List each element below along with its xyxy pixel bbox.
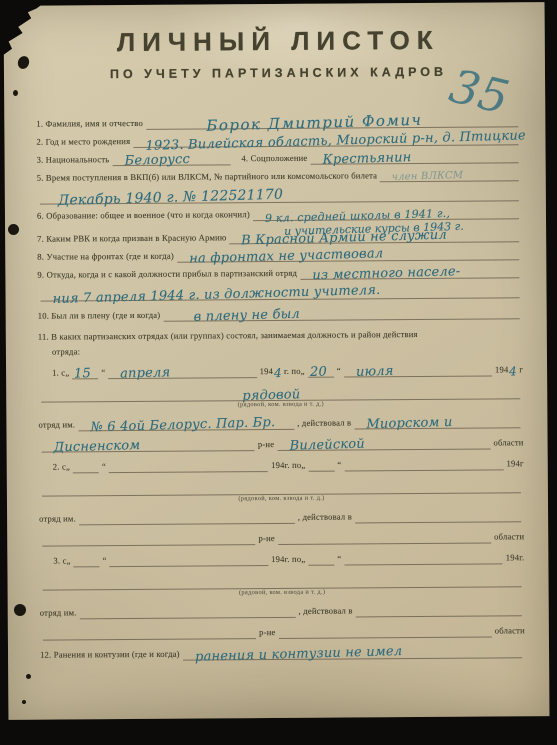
field-12-label: 12. Ранения и контузии (где и когда) <box>40 648 180 662</box>
acted-label: , действовал в <box>297 416 351 429</box>
field-10-line: в плену не был <box>163 308 519 321</box>
field-row-9b: ния 7 апреля 1944 г. из должности учител… <box>37 285 522 301</box>
field-7-handwritten-value: В Красной Армии не служил <box>241 230 447 247</box>
field-3-label: 3. Национальность <box>37 153 110 167</box>
service-2-acted-line <box>355 521 521 523</box>
service-1-month2-line: июля <box>344 365 492 377</box>
service-1-month-line: апреля <box>108 367 256 379</box>
year-print: 194 <box>271 553 285 566</box>
service-3-day-line <box>74 566 100 567</box>
field-row-11b: отряда: <box>38 342 523 358</box>
g-label: г <box>519 363 523 376</box>
year-print: 194 <box>260 365 274 378</box>
service-3-day2-line <box>308 565 334 566</box>
quote-open: „ <box>65 366 69 379</box>
service-1-day2-line: 20 <box>308 367 334 378</box>
field-row-5b: Декабрь 1940 г. № 122521170 <box>37 188 522 204</box>
rne-label: р-не <box>259 626 275 639</box>
service-1-day2: 20 <box>310 366 327 377</box>
scanned-document-page: { "colors": { "background": "#0c0b09", "… <box>0 0 557 745</box>
service-2-oblast-line <box>278 543 491 545</box>
year-print: 194 <box>271 459 285 472</box>
field-2-label: 2. Год и место рождения <box>36 135 130 149</box>
g-po-label: г. по <box>285 459 302 472</box>
field-10-label: 10. Был ли в плену (где и когда) <box>38 309 161 323</box>
service-1-unit-line: № 6 4ой Белорус. Пар. Бр. <box>78 419 294 432</box>
field-7-line: В Красной Армии не служил <box>229 231 519 244</box>
field-1-line: Борок Дмитрий Фомич <box>146 116 518 130</box>
field-1-handwritten-value: Борок Дмитрий Фомич <box>206 115 422 132</box>
oblast-label: области <box>493 436 523 449</box>
quote-close: “ <box>101 366 105 379</box>
field-9-line: из местного населе- <box>300 267 519 280</box>
otryad-label: отряд им. <box>38 418 75 431</box>
service-1-month: апреля <box>120 367 171 379</box>
field-4-label: 4. Соцположение <box>241 152 307 165</box>
acted-label: , действовал в <box>298 510 352 523</box>
service-row-1-dates: 1. с „ 15 “ апреля 194 4 г. по „ 20 “ ию… <box>38 363 523 379</box>
quote-close: “ <box>337 553 341 566</box>
field-row-7: 7. Каким РВК и когда призван в Красную А… <box>37 229 522 245</box>
service-2-month-line <box>109 471 268 473</box>
acted-label: , действовал в <box>298 604 352 617</box>
service-3-oblast-line <box>279 637 492 639</box>
form-title: ЛИЧНЫЙ ЛИСТОК <box>36 24 521 58</box>
quote-close: “ <box>102 460 106 473</box>
g-po-label: г. по <box>285 553 302 566</box>
service-1-num: 1. с <box>52 366 65 379</box>
service-1-acted-line: Миорском и <box>354 417 520 429</box>
field-6-line: 9 кл. средней школы в 1941 г., <box>253 210 519 221</box>
year-print: 194 <box>495 363 509 376</box>
field-10-handwritten-value: в плену не был <box>193 309 300 323</box>
g-po-label: г. по <box>284 365 301 378</box>
field-row-9: 9. Откуда, когда и с какой должности при… <box>37 265 522 281</box>
rne-label: р-не <box>258 532 274 545</box>
field-row-8: 8. Участие на фронтах (где и когда) на ф… <box>37 247 522 263</box>
punch-hole <box>22 700 26 704</box>
field-8-label: 8. Участие на фронтах (где и когда) <box>37 250 174 264</box>
field-5-handwritten-value: Декабрь 1940 г. № 122521170 <box>58 190 284 207</box>
field-9-line2: ния 7 апреля 1944 г. из должности учител… <box>41 287 520 301</box>
service-3-acted-line <box>356 615 522 617</box>
service-row-1-district: Дисненском р-не Вилейской области <box>39 436 524 452</box>
quote-open: „ <box>301 553 305 566</box>
field-11-label-line1: 11. В каких партизанских отрядах (или гр… <box>38 328 418 344</box>
service-1-oblast: Вилейской <box>289 439 365 452</box>
quote-open: „ <box>301 459 305 472</box>
service-row-2-district: р-не области <box>39 530 524 546</box>
service-3-district-line <box>43 638 256 640</box>
punch-hole <box>14 604 26 616</box>
oblast-label: области <box>494 530 524 543</box>
service-1-year2-digit: 4 <box>509 366 517 377</box>
punch-hole <box>13 90 18 96</box>
field-row-10: 10. Был ли в плену (где и когда) в плену… <box>38 306 523 322</box>
field-8-handwritten-value: на фронтах не участвовал <box>189 248 383 264</box>
form-subtitle: ПО УЧЕТУ ПАРТИЗАНСКИХ КАДРОВ <box>36 64 521 81</box>
field-7-label: 7. Каким РВК и когда призван в Красную А… <box>37 231 226 245</box>
field-9-label: 9. Откуда, когда и с какой должности при… <box>37 267 297 282</box>
service-2-month2-line <box>344 469 503 471</box>
service-1-day-line: 15 <box>72 368 98 379</box>
field-3-line: Белорусс <box>112 154 230 166</box>
service-3-month-line <box>110 565 268 567</box>
service-row-3-unit: отряд им. , действовал в <box>40 603 525 619</box>
service-1-district: Дисненском <box>53 440 140 453</box>
g-label: г. <box>519 551 524 564</box>
field-9-handwritten-value2: ния 7 апреля 1944 г. из должности учител… <box>52 285 380 305</box>
g-label: г <box>520 457 524 470</box>
year-print: 194 <box>506 551 520 564</box>
field-11-label-line2: отряда: <box>52 345 80 358</box>
field-row-11: 11. В каких партизанских отрядах (или гр… <box>38 327 523 343</box>
field-1-label: 1. Фамилия, имя и отчество <box>36 117 143 131</box>
service-row-3-district: р-не области <box>40 624 525 640</box>
field-9-handwritten-value1: из местного населе- <box>312 266 460 281</box>
rne-label: р-не <box>258 438 274 451</box>
service-row-2-dates: 2. с „ “ 194 г. по „ “ 194 г <box>39 457 524 473</box>
service-2-num: 2. с <box>53 460 66 473</box>
field-12-handwritten-value: ранения и контузии не имел <box>195 646 402 663</box>
punch-hole <box>8 224 19 235</box>
field-6-label: 6. Образование: общее и военное (что и к… <box>37 208 250 222</box>
field-row-12: 12. Ранения и контузии (где и когда) ран… <box>40 645 525 661</box>
field-row-1: 1. Фамилия, имя и отчество Борок Дмитрий… <box>36 114 521 130</box>
field-row-3-4: 3. Национальность Белорусс 4. Соцположен… <box>37 150 522 166</box>
field-4-line: Крестьянин <box>310 152 518 164</box>
quote-close: “ <box>337 365 341 378</box>
service-row-2-unit: отряд им. , действовал в <box>39 509 524 525</box>
service-1-oblast-line: Вилейской <box>277 439 490 451</box>
service-1-position: рядовой <box>242 389 300 402</box>
service-1-unit: № 6 4ой Белорус. Пар. Бр. <box>90 417 275 433</box>
quote-open: „ <box>301 365 305 378</box>
otryad-label: отряд им. <box>39 512 76 525</box>
form-paper: ЛИЧНЫЙ ЛИСТОК ПО УЧЕТУ ПАРТИЗАНСКИХ КАДР… <box>4 2 550 720</box>
otryad-label: отряд им. <box>40 606 77 619</box>
service-3-month2-line <box>344 563 502 565</box>
service-1-month2: июля <box>356 366 394 378</box>
field-5-handwritten-tail: член ВЛКСМ <box>392 170 464 183</box>
field-8-line: на фронтах не участвовал <box>177 249 519 262</box>
service-2-district-line <box>42 544 255 546</box>
field-row-2: 2. Год и место рождения 1923. Вилейская … <box>36 132 521 148</box>
field-5-label: 5. Время поступления в ВКП(б) или ВЛКСМ,… <box>37 169 378 184</box>
field-5-line2: Декабрь 1940 г. № 122521170 <box>40 190 519 204</box>
field-12-line: ранения и контузии не имел <box>183 647 522 660</box>
service-2-day2-line <box>308 471 334 472</box>
service-3-unit-line <box>80 617 296 620</box>
quote-close: “ <box>337 459 341 472</box>
quote-open: „ <box>67 554 71 567</box>
field-row-5: 5. Время поступления в ВКП(б) или ВЛКСМ,… <box>37 168 522 184</box>
page-number-mark: 35 <box>446 62 514 120</box>
field-2-line: 1923. Вилейская область, Миорский р-н, д… <box>133 134 518 148</box>
service-3-num: 3. с <box>53 554 66 567</box>
service-2-unit-line <box>79 523 295 526</box>
year-print: 194 <box>506 457 520 470</box>
field-3-handwritten-value: Белорусс <box>124 154 190 167</box>
service-1-district-line: Дисненском <box>42 440 255 452</box>
field-2-handwritten-value: 1923. Вилейская область, Миорский р-н, д… <box>145 130 526 152</box>
oblast-label: области <box>495 624 525 637</box>
service-2-day-line <box>73 472 99 473</box>
service-row-1-unit: отряд им. № 6 4ой Белорус. Пар. Бр. , де… <box>38 415 523 431</box>
service-1-year-digit: 4 <box>274 368 282 379</box>
quote-open: „ <box>66 460 70 473</box>
service-row-3-dates: 3. с „ “ 194 г. по „ “ 194 г. <box>39 551 524 567</box>
field-4-handwritten-value: Крестьянин <box>322 152 411 165</box>
service-1-acted: Миорском и <box>366 417 452 430</box>
quote-close: “ <box>103 554 107 567</box>
punch-hole <box>26 674 31 679</box>
service-1-day: 15 <box>74 368 91 379</box>
field-5-line: член ВЛКСМ <box>380 170 519 182</box>
